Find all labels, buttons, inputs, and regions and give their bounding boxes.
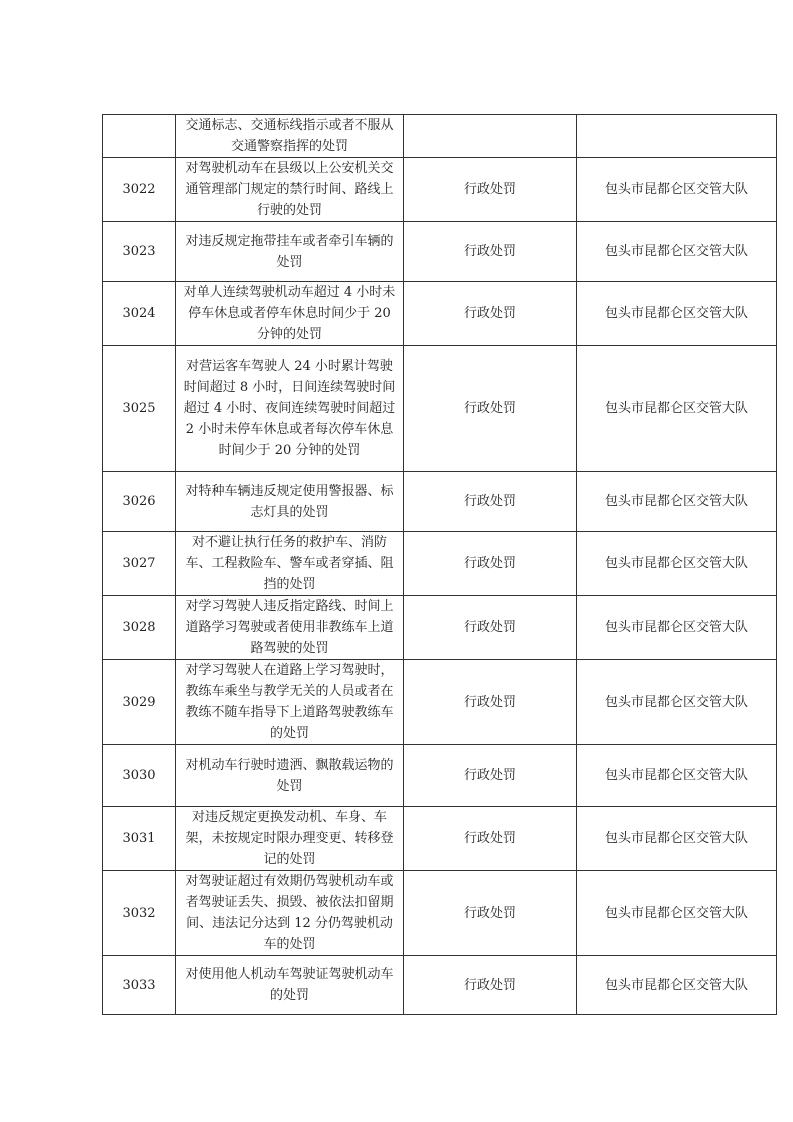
item-code (103, 115, 176, 158)
item-name: 对违反规定更换发动机、车身、车架，未按规定时限办理变更、转移登记的处罚 (176, 807, 404, 871)
item-code: 3033 (103, 956, 176, 1015)
item-department: 包头市昆都仑区交管大队 (577, 222, 777, 282)
item-name: 对学习驾驶人违反指定路线、时间上道路学习驾驶或者使用非教练车上道路驾驶的处罚 (176, 596, 404, 660)
item-code: 3031 (103, 807, 176, 871)
item-type: 行政处罚 (404, 346, 577, 472)
item-name: 交通标志、交通标线指示或者不服从交通警察指挥的处罚 (176, 115, 404, 158)
item-code: 3032 (103, 871, 176, 956)
table-row: 3026 对特种车辆违反规定使用警报器、标志灯具的处罚 行政处罚 包头市昆都仑区… (103, 472, 777, 532)
item-department (577, 115, 777, 158)
item-name: 对学习驾驶人在道路上学习驾驶时，教练车乘坐与教学无关的人员或者在教练不随车指导下… (176, 660, 404, 745)
item-department: 包头市昆都仑区交管大队 (577, 532, 777, 596)
item-type: 行政处罚 (404, 532, 577, 596)
table-row: 3027 对不避让执行任务的救护车、消防车、工程救险车、警车或者穿插、阻挡的处罚… (103, 532, 777, 596)
item-name: 对使用他人机动车驾驶证驾驶机动车的处罚 (176, 956, 404, 1015)
item-type: 行政处罚 (404, 158, 577, 222)
item-code: 3024 (103, 282, 176, 346)
item-name: 对特种车辆违反规定使用警报器、标志灯具的处罚 (176, 472, 404, 532)
item-type: 行政处罚 (404, 871, 577, 956)
table-row: 3033 对使用他人机动车驾驶证驾驶机动车的处罚 行政处罚 包头市昆都仑区交管大… (103, 956, 777, 1015)
item-department: 包头市昆都仑区交管大队 (577, 282, 777, 346)
item-type: 行政处罚 (404, 660, 577, 745)
item-name: 对违反规定拖带挂车或者牵引车辆的处罚 (176, 222, 404, 282)
item-code: 3027 (103, 532, 176, 596)
item-department: 包头市昆都仑区交管大队 (577, 956, 777, 1015)
item-type: 行政处罚 (404, 807, 577, 871)
item-type: 行政处罚 (404, 596, 577, 660)
item-code: 3029 (103, 660, 176, 745)
table-row: 3022 对驾驶机动车在县级以上公安机关交通管理部门规定的禁行时间、路线上行驶的… (103, 158, 777, 222)
table-row: 3025 对营运客车驾驶人 24 小时累计驾驶时间超过 8 小时，日间连续驾驶时… (103, 346, 777, 472)
item-name: 对驾驶机动车在县级以上公安机关交通管理部门规定的禁行时间、路线上行驶的处罚 (176, 158, 404, 222)
item-name: 对驾驶证超过有效期仍驾驶机动车或者驾驶证丢失、损毁、被依法扣留期间、违法记分达到… (176, 871, 404, 956)
item-type: 行政处罚 (404, 956, 577, 1015)
table-row: 3031 对违反规定更换发动机、车身、车架，未按规定时限办理变更、转移登记的处罚… (103, 807, 777, 871)
item-name: 对不避让执行任务的救护车、消防车、工程救险车、警车或者穿插、阻挡的处罚 (176, 532, 404, 596)
table-row: 3030 对机动车行驶时遗洒、飘散载运物的处罚 行政处罚 包头市昆都仑区交管大队 (103, 745, 777, 807)
item-department: 包头市昆都仑区交管大队 (577, 158, 777, 222)
item-type: 行政处罚 (404, 472, 577, 532)
table-row: 交通标志、交通标线指示或者不服从交通警察指挥的处罚 (103, 115, 777, 158)
item-department: 包头市昆都仑区交管大队 (577, 871, 777, 956)
table-row: 3024 对单人连续驾驶机动车超过 4 小时未停车休息或者停车休息时间少于 20… (103, 282, 777, 346)
item-department: 包头市昆都仑区交管大队 (577, 660, 777, 745)
item-code: 3028 (103, 596, 176, 660)
table-row: 3023 对违反规定拖带挂车或者牵引车辆的处罚 行政处罚 包头市昆都仑区交管大队 (103, 222, 777, 282)
penalty-table: 交通标志、交通标线指示或者不服从交通警察指挥的处罚 3022 对驾驶机动车在县级… (102, 114, 777, 1015)
item-department: 包头市昆都仑区交管大队 (577, 596, 777, 660)
item-code: 3030 (103, 745, 176, 807)
table-body: 交通标志、交通标线指示或者不服从交通警察指挥的处罚 3022 对驾驶机动车在县级… (103, 115, 777, 1015)
item-type: 行政处罚 (404, 745, 577, 807)
item-department: 包头市昆都仑区交管大队 (577, 472, 777, 532)
item-code: 3025 (103, 346, 176, 472)
item-department: 包头市昆都仑区交管大队 (577, 807, 777, 871)
item-type: 行政处罚 (404, 222, 577, 282)
item-code: 3023 (103, 222, 176, 282)
item-name: 对单人连续驾驶机动车超过 4 小时未停车休息或者停车休息时间少于 20 分钟的处… (176, 282, 404, 346)
table-row: 3029 对学习驾驶人在道路上学习驾驶时，教练车乘坐与教学无关的人员或者在教练不… (103, 660, 777, 745)
item-type (404, 115, 577, 158)
table-row: 3028 对学习驾驶人违反指定路线、时间上道路学习驾驶或者使用非教练车上道路驾驶… (103, 596, 777, 660)
document-page: 交通标志、交通标线指示或者不服从交通警察指挥的处罚 3022 对驾驶机动车在县级… (0, 0, 793, 1122)
item-code: 3022 (103, 158, 176, 222)
item-department: 包头市昆都仑区交管大队 (577, 346, 777, 472)
item-type: 行政处罚 (404, 282, 577, 346)
item-name: 对营运客车驾驶人 24 小时累计驾驶时间超过 8 小时，日间连续驾驶时间超过 4… (176, 346, 404, 472)
item-department: 包头市昆都仑区交管大队 (577, 745, 777, 807)
table-row: 3032 对驾驶证超过有效期仍驾驶机动车或者驾驶证丢失、损毁、被依法扣留期间、违… (103, 871, 777, 956)
item-name: 对机动车行驶时遗洒、飘散载运物的处罚 (176, 745, 404, 807)
item-code: 3026 (103, 472, 176, 532)
